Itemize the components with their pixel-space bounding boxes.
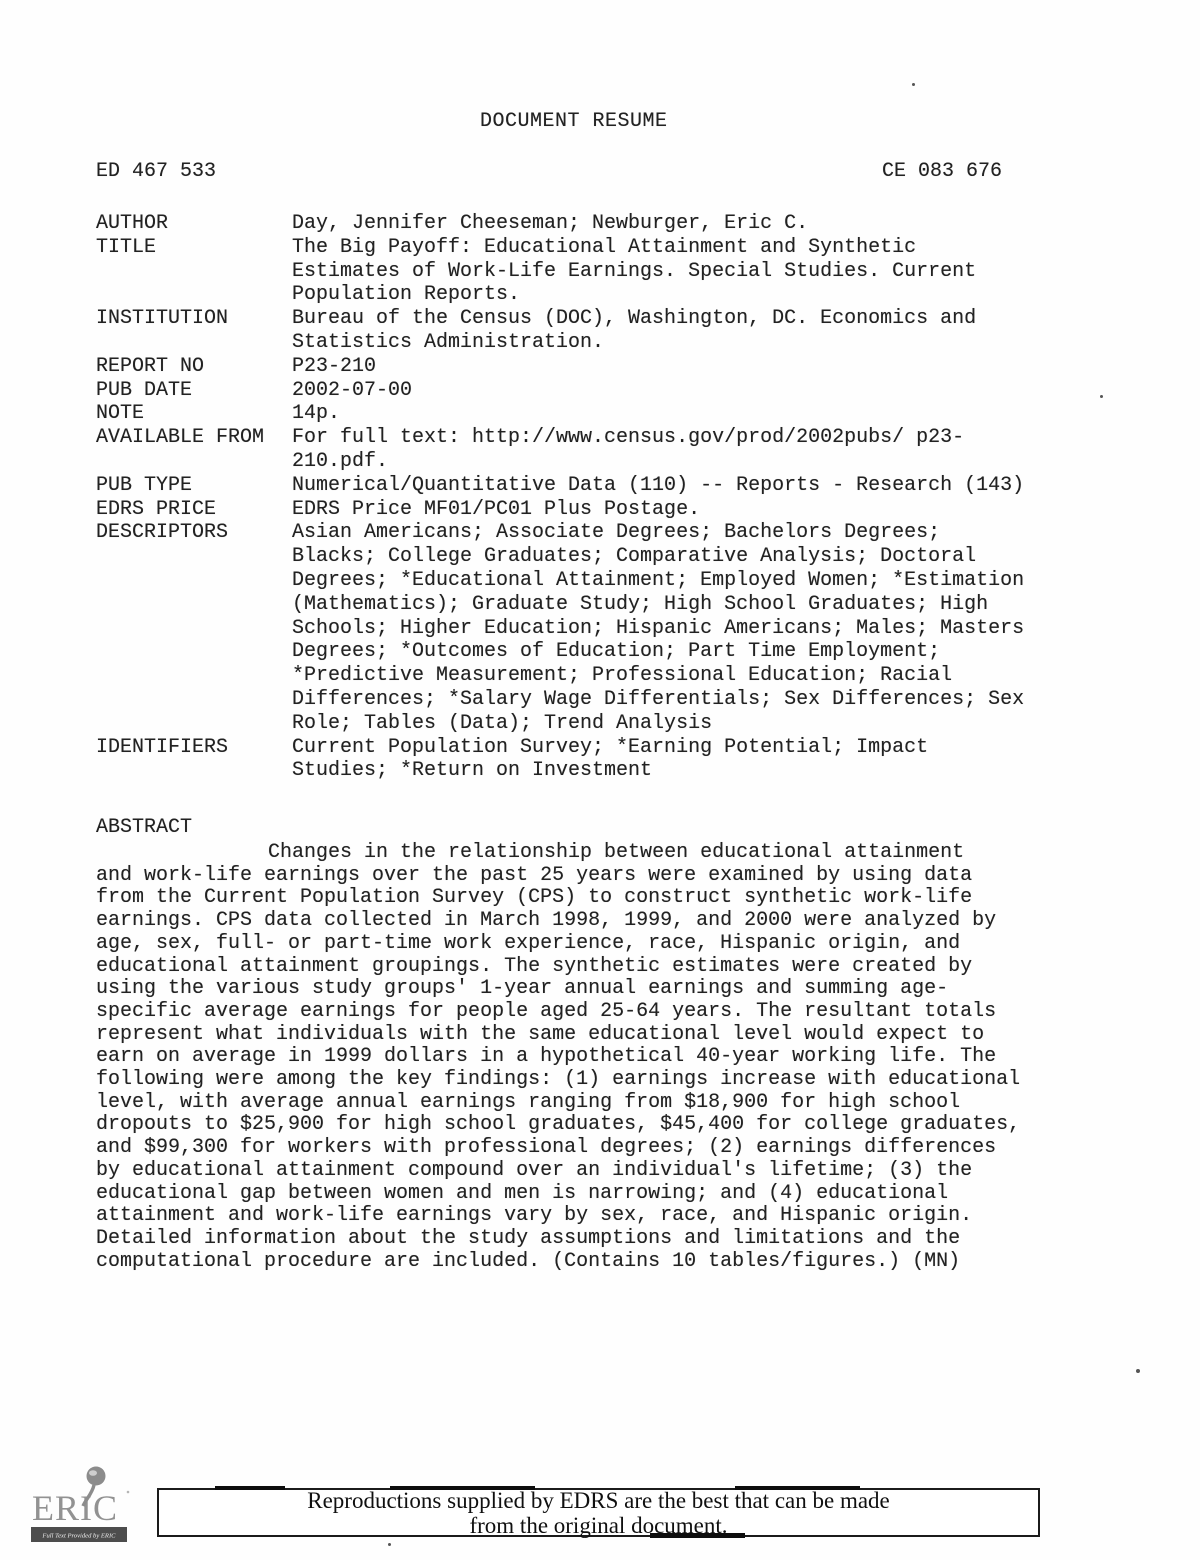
field-value: For full text: http://www.census.gov/pro… bbox=[292, 426, 1106, 474]
clearinghouse-number: CE 083 676 bbox=[882, 160, 1002, 183]
field-value: P23-210 bbox=[292, 355, 1106, 379]
edrs-box-line1: Reproductions supplied by EDRS are the b… bbox=[159, 1488, 1038, 1513]
field-row: TITLEThe Big Payoff: Educational Attainm… bbox=[96, 236, 1106, 307]
field-value: Asian Americans; Associate Degrees; Bach… bbox=[292, 521, 1106, 735]
field-value: Day, Jennifer Cheeseman; Newburger, Eric… bbox=[292, 212, 1106, 236]
abstract-text: Changes in the relationship between educ… bbox=[96, 842, 1056, 1273]
field-label: EDRS PRICE bbox=[96, 498, 216, 522]
field-value: Numerical/Quantitative Data (110) -- Rep… bbox=[292, 474, 1106, 498]
field-row: REPORT NOP23-210 bbox=[96, 355, 1106, 379]
field-row: DESCRIPTORSAsian Americans; Associate De… bbox=[96, 521, 1106, 735]
field-value: EDRS Price MF01/PC01 Plus Postage. bbox=[292, 498, 1106, 522]
field-label: REPORT NO bbox=[96, 355, 204, 379]
fields-table: AUTHORDay, Jennifer Cheeseman; Newburger… bbox=[96, 212, 1106, 783]
scan-speck bbox=[388, 1543, 391, 1546]
field-row: PUB DATE2002-07-00 bbox=[96, 379, 1106, 403]
scan-speck bbox=[1100, 395, 1103, 398]
scan-ink-artifact bbox=[390, 1486, 535, 1490]
field-label: NOTE bbox=[96, 402, 144, 426]
ed-number: ED 467 533 bbox=[96, 160, 216, 183]
field-label: PUB DATE bbox=[96, 379, 192, 403]
abstract-heading: ABSTRACT bbox=[96, 816, 192, 839]
field-row: AUTHORDay, Jennifer Cheeseman; Newburger… bbox=[96, 212, 1106, 236]
field-label: PUB TYPE bbox=[96, 474, 192, 498]
field-value: Bureau of the Census (DOC), Washington, … bbox=[292, 307, 1106, 355]
document-resume-heading: DOCUMENT RESUME bbox=[480, 110, 668, 133]
field-label: IDENTIFIERS bbox=[96, 736, 228, 760]
field-row: EDRS PRICEEDRS Price MF01/PC01 Plus Post… bbox=[96, 498, 1106, 522]
field-value: 14p. bbox=[292, 402, 1106, 426]
scan-ink-artifact bbox=[650, 1533, 745, 1538]
eric-badge-tagline: Full Text Provided by ERIC bbox=[41, 1533, 116, 1540]
scanned-document-page: DOCUMENT RESUME ED 467 533 CE 083 676 AU… bbox=[0, 0, 1200, 1560]
field-row: NOTE14p. bbox=[96, 402, 1106, 426]
field-value: Current Population Survey; *Earning Pote… bbox=[292, 736, 1106, 784]
field-row: PUB TYPENumerical/Quantitative Data (110… bbox=[96, 474, 1106, 498]
eric-logo: ERIC Full Text Provided by ERIC bbox=[30, 1464, 134, 1548]
scan-speck bbox=[912, 83, 915, 86]
field-label: DESCRIPTORS bbox=[96, 521, 228, 545]
field-value: The Big Payoff: Educational Attainment a… bbox=[292, 236, 1106, 307]
scan-speck bbox=[1136, 1369, 1140, 1373]
edrs-reproduction-box: Reproductions supplied by EDRS are the b… bbox=[157, 1488, 1040, 1537]
field-label: AVAILABLE FROM bbox=[96, 426, 264, 450]
field-row: IDENTIFIERSCurrent Population Survey; *E… bbox=[96, 736, 1106, 784]
field-value: 2002-07-00 bbox=[292, 379, 1106, 403]
field-row: AVAILABLE FROMFor full text: http://www.… bbox=[96, 426, 1106, 474]
field-row: INSTITUTIONBureau of the Census (DOC), W… bbox=[96, 307, 1106, 355]
field-label: TITLE bbox=[96, 236, 156, 260]
edrs-box-line2: from the original document. bbox=[159, 1513, 1038, 1538]
scan-ink-artifact bbox=[735, 1486, 860, 1490]
eric-logo-text: ERIC bbox=[32, 1488, 118, 1528]
field-label: INSTITUTION bbox=[96, 307, 228, 331]
field-label: AUTHOR bbox=[96, 212, 168, 236]
scan-ink-artifact bbox=[215, 1486, 285, 1490]
eric-sprout-icon bbox=[87, 1467, 106, 1486]
